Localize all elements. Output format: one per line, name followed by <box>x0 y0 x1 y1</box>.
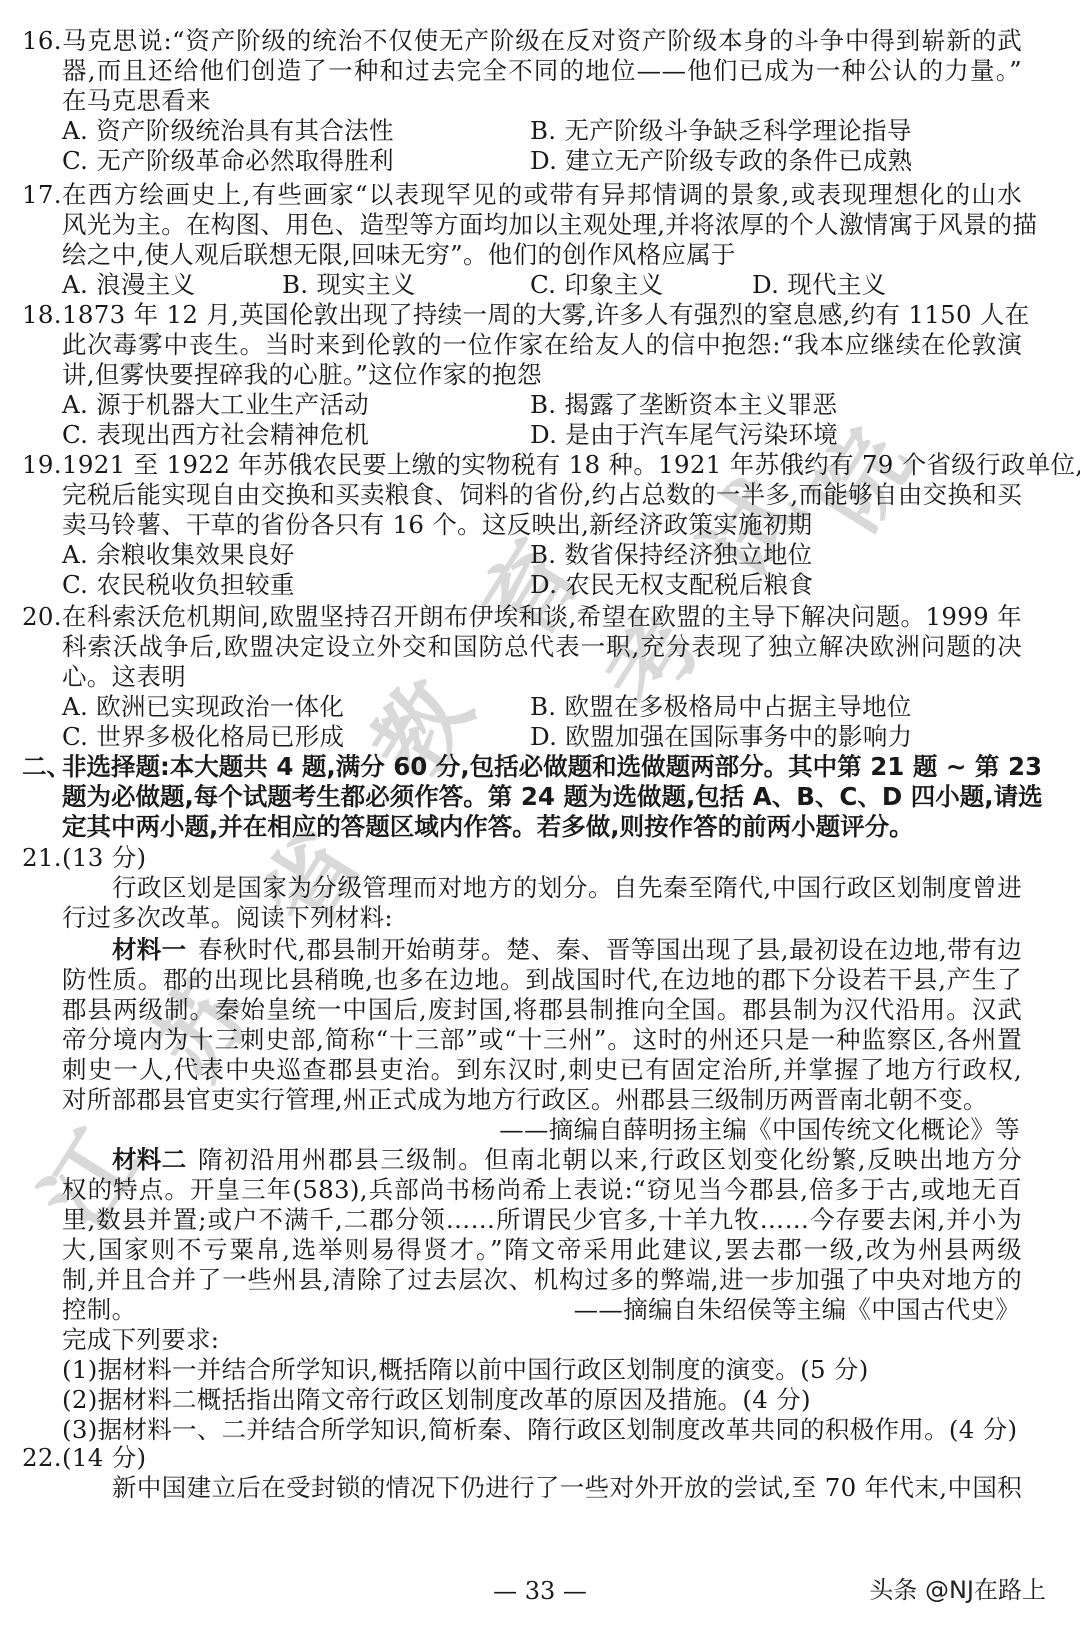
question-stem-line: 完税后能实现自由交换和买卖粮食、饲料的省份,约占总数的一半多,而能够自由交换和买 <box>62 480 1022 510</box>
question-stem-line: 此次毒雾中丧生。当时来到伦敦的一位作家在给友人的信中抱怨:“我本应继续在伦敦演 <box>62 330 1022 360</box>
material-line: 刺史一人,代表中央巡查郡县吏治。到东汉时,刺史已有固定治所,并掌握了地方行政权, <box>62 1055 1022 1085</box>
section-instruction-line: 定其中两小题,并在相应的答题区域内作答。若多做,则按作答的前两小题评分。 <box>62 812 914 842</box>
exam-page: 江 苏 省 教 育 考 试 院 16. 马克思说:“资产阶级的统治不仅使无产阶级… <box>0 0 1080 1634</box>
option-b: B. 揭露了垄断资本主义罪恶 <box>530 390 837 420</box>
material-line: 制,并且合并了一些州县,清除了过去层次、机构过多的弊端,进一步加强了中央对地方的 <box>62 1265 1022 1295</box>
question-stem-line: 讲,但雾快要捏碎我的心脏。”这位作家的抱怨 <box>62 360 542 390</box>
intro-line: 行政区划是国家为分级管理而对地方的划分。自先秦至隋代,中国行政区划制度曾进 <box>112 873 1022 903</box>
question-stem-line: 在科索沃危机期间,欧盟坚持召开朗布伊埃和谈,希望在欧盟的主导下解决问题。1999… <box>62 602 1022 632</box>
question-stem-line: 风光为主。在构图、用色、造型等方面均加以主观处理,并将浓厚的个人激情寓于风景的描 <box>62 210 1022 240</box>
question-stem-line: 科索沃战争后,欧盟决定设立外交和国防总代表一职,充分表现了独立解决欧洲问题的决 <box>62 632 1022 662</box>
question-stem-line: 在西方绘画史上,有些画家“以表现罕见的或带有异邦情调的景象,或表现理想化的山水 <box>62 180 1022 210</box>
question-stem-line: 绘之中,使人观后联想无限,回味无穷”。他们的创作风格应属于 <box>62 240 736 270</box>
material-label: 材料二 <box>112 1145 186 1175</box>
question-stem-line: 心。这表明 <box>62 662 186 692</box>
option-a: A. 浪漫主义 <box>62 270 195 300</box>
question-stem-line: 卖马铃薯、干草的省份各只有 16 个。这反映出,新经济政策实施初期 <box>62 510 812 540</box>
material-line: 对所部郡县官吏实行管理,州正式成为地方行政区。州郡县三级制历两晋南北朝不变。 <box>62 1085 988 1115</box>
option-c: C. 印象主义 <box>530 270 664 300</box>
option-c: C. 表现出西方社会精神危机 <box>62 420 369 450</box>
option-d: D. 建立无产阶级专政的条件已成熟 <box>530 146 912 176</box>
option-a: A. 资产阶级统治具有其合法性 <box>62 116 394 146</box>
section-instruction-line: 题为必做题,每个试题考生都必须作答。第 24 题为选做题,包括 A、B、C、D … <box>62 782 1022 812</box>
requirement-item: (3)据材料一、二并结合所学知识,简析秦、隋行政区划制度改革共同的积极作用。(4… <box>62 1415 1017 1445</box>
option-c: C. 农民税收负担较重 <box>62 570 295 600</box>
question-stem-line: 器,而且还给他们创造了一种和过去完全不同的地位——他们已成为一种公认的力量。” <box>62 56 1022 86</box>
question-stem-line: 马克思说:“资产阶级的统治不仅使无产阶级在反对资产阶级本身的斗争中得到崭新的武 <box>62 26 1022 56</box>
option-b: B. 无产阶级斗争缺乏科学理论指导 <box>530 116 912 146</box>
option-c: C. 世界多极化格局已形成 <box>62 722 344 752</box>
material-line: 里,数县并置;或户不满千,二郡分领……所谓民少官多,十羊九牧……今存要去闲,并小… <box>62 1205 1022 1235</box>
material-line: 权的特点。开皇三年(583),兵部尚书杨尚希上表说:“窃见当今郡县,倍多于古,或… <box>62 1175 1022 1205</box>
material-line: 郡县两级制。秦始皇统一中国后,废封国,将郡县制推向全国。郡县制为汉代沿用。汉武 <box>62 995 1022 1025</box>
question-number: 18. <box>22 300 62 330</box>
option-b: B. 现实主义 <box>282 270 416 300</box>
material-source: ——摘编自朱绍侯等主编《中国古代史》 <box>0 1295 1020 1325</box>
option-b: B. 欧盟在多极格局中占据主导地位 <box>530 692 912 722</box>
question-number: 20. <box>22 602 62 632</box>
option-d: D. 欧盟加强在国际事务中的影响力 <box>530 722 912 752</box>
intro-line: 新中国建立后在受封锁的情况下仍进行了一些对外开放的尝试,至 70 年代末,中国积 <box>112 1473 1022 1503</box>
requirement-item: (1)据材料一并结合所学知识,概括隋以前中国行政区划制度的演变。(5 分) <box>62 1355 869 1385</box>
option-a: A. 余粮收集效果良好 <box>62 540 295 570</box>
question-stem-line: 1873 年 12 月,英国伦敦出现了持续一周的大雾,许多人有强烈的窒息感,约有… <box>62 300 1022 330</box>
source-credit: 头条 @NJ在路上 <box>869 1574 1046 1606</box>
option-b: B. 数省保持经济独立地位 <box>530 540 812 570</box>
option-d: D. 是由于汽车尾气污染环境 <box>530 420 838 450</box>
question-score: (14 分) <box>62 1443 146 1473</box>
question-stem-line: 在马克思看来 <box>62 86 211 116</box>
material-label: 材料一 <box>112 935 186 965</box>
question-score: (13 分) <box>62 843 146 873</box>
question-number: 16. <box>22 26 62 56</box>
option-a: A. 源于机器大工业生产活动 <box>62 390 369 420</box>
option-d: D. 现代主义 <box>752 270 886 300</box>
requirements-title: 完成下列要求: <box>62 1325 219 1355</box>
material-source: ——摘编自薛明扬主编《中国传统文化概论》等 <box>0 1115 1020 1145</box>
question-number: 19. <box>22 450 62 480</box>
question-stem-line: 1921 至 1922 年苏俄农民要上缴的实物税有 18 种。1921 年苏俄约… <box>62 450 1022 480</box>
intro-line: 行过多次改革。阅读下列材料: <box>62 903 393 933</box>
material-line: 春秋时代,郡县制开始萌芽。楚、秦、晋等国出现了县,最初设在边地,带有边 <box>198 935 1022 965</box>
material-line: 帝分境内为十三刺史部,简称“十三部”或“十三州”。这时的州还只是一种监察区,各州… <box>62 1025 1022 1055</box>
section-instruction-line: 非选择题:本大题共 4 题,满分 60 分,包括必做题和选做题两部分。其中第 2… <box>62 752 1022 782</box>
option-a: A. 欧洲已实现政治一体化 <box>62 692 344 722</box>
material-line: 防性质。郡的出现比县稍晚,也多在边地。到战国时代,在边地的郡下分设若干县,产生了 <box>62 965 1022 995</box>
option-c: C. 无产阶级革命必然取得胜利 <box>62 146 394 176</box>
question-number: 21. <box>22 843 62 873</box>
question-number: 17. <box>22 180 62 210</box>
material-line: 大,国家则不亏粟帛,选举则易得贤才。”隋文帝采用此建议,罢去郡一级,改为州县两级 <box>62 1235 1022 1265</box>
option-d: D. 农民无权支配税后粮食 <box>530 570 813 600</box>
requirement-item: (2)据材料二概括指出隋文帝行政区划制度改革的原因及措施。(4 分) <box>62 1385 811 1415</box>
question-number: 22. <box>22 1443 62 1473</box>
material-line: 隋初沿用州郡县三级制。但南北朝以来,行政区划变化纷繁,反映出地方分 <box>198 1145 1022 1175</box>
